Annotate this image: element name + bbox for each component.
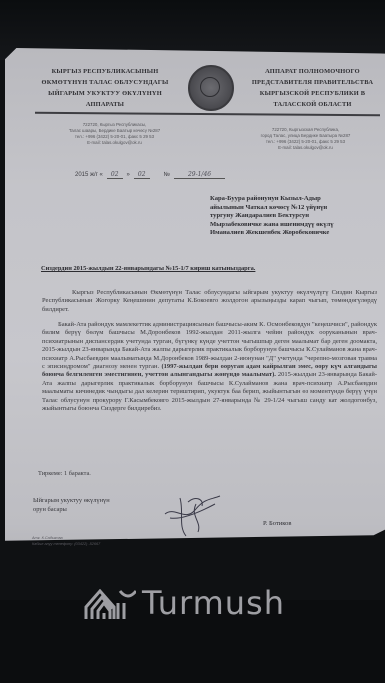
letterhead-right-line: Таласской области	[245, 99, 380, 110]
executor-info: Атк. К.Садыкова Кабыл алуу телефону: (03…	[32, 535, 100, 547]
signatory-title-line: Ыйгарым укуктуу өкүлүнүн	[33, 496, 143, 505]
letterhead-left-org: Кыргыз Республикасынын Өкмөтүнүн Талас о…	[30, 66, 180, 110]
reference-row: 2015 ж/г « 02 » 02 № 29-1/46	[75, 171, 225, 179]
month-value: 02	[134, 171, 150, 179]
executor-phone: Кабыл алуу телефону: (03422) -52667	[32, 541, 100, 547]
signature-icon	[160, 492, 230, 540]
number-label: №	[164, 172, 170, 178]
signatory-title: Ыйгарым укуктуу өкүлүнүн орун басары	[33, 496, 143, 514]
state-emblem-icon	[188, 65, 234, 111]
letterhead-left-line: аппараты	[30, 99, 180, 110]
watermark-text: Turmush	[142, 587, 285, 619]
letterhead-right-line: Аппарат полномочного	[245, 66, 380, 77]
paragraph-main: Бакай-Ата райондук мамлекеттик администр…	[42, 321, 377, 413]
email-line: E-mail: talas.okulgov@ok.ru	[243, 145, 368, 151]
letterhead-left-line: ыйгарым укуктуу өкүлүнүн	[30, 88, 180, 99]
address-left: 722720, Кыргыз Республикасы, Талас шаары…	[62, 122, 167, 146]
addressee-line: айылынын Чаткал көчөсү №12 үйүнүн	[210, 204, 380, 213]
signatory-title-line: орун басары	[33, 505, 143, 514]
letterhead-left-line: Кыргыз Республикасынын	[30, 66, 180, 77]
addressee-line: Кара-Буура районунун Кызыл-Адыр	[210, 195, 380, 204]
subject-line: Сиздердин 2015-жылдын 22-январындагы №15…	[41, 265, 341, 272]
addressee-line: Мырзабековичке жана ишенимдүү өкүлү	[210, 221, 380, 230]
paragraph-intro: Кыргыз Республикасынын Өкмөтүнүн Талас о…	[42, 289, 377, 314]
attachment-note: Тиркеме: 1 баракта.	[38, 470, 91, 477]
letterhead-left-line: Өкмөтүнүн Талас облусундагы	[30, 77, 180, 88]
addressee-block: Кара-Буура районунун Кызыл-Адыр айылынын…	[210, 195, 380, 238]
signatory-name: Р. Ботиков	[263, 520, 291, 527]
turmush-logo-icon	[84, 589, 136, 619]
quote-close: »	[127, 172, 130, 178]
addressee-line: Иманалиев Жекшенбек Жоробековичке	[210, 229, 380, 238]
day-value: 02	[107, 171, 123, 179]
email-line: E-mail: talas.okulgov@ok.ru	[62, 140, 167, 146]
reference-number: 29-1/46	[174, 171, 225, 179]
year-label: 2015 ж/г «	[75, 172, 103, 178]
address-right: 722720, Кыргызская Республика, город Тал…	[243, 127, 368, 151]
letterhead-right-org: Аппарат полномочного представителя Прави…	[245, 66, 380, 110]
addressee-line: тургуну Жандаралиев Бектурсун	[210, 212, 380, 221]
letterhead-right-line: Кыргызской Республики в	[245, 88, 380, 99]
letterhead-right-line: представителя Правительства	[245, 77, 380, 88]
watermark: Turmush	[84, 587, 285, 619]
